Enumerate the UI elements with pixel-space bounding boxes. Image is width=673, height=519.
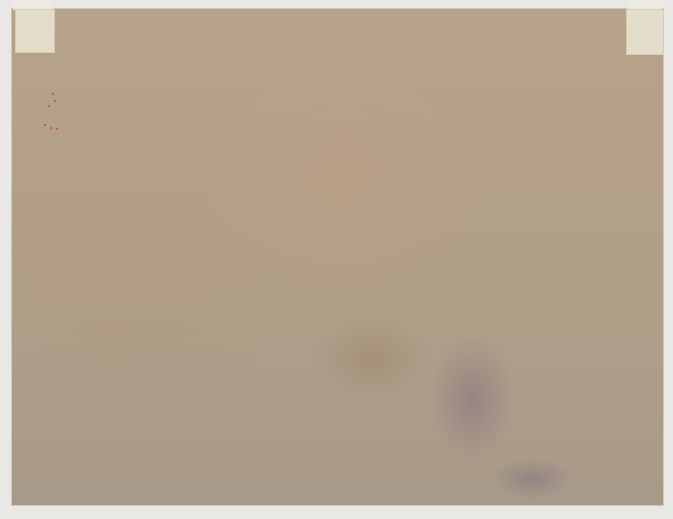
red-speck <box>56 128 58 130</box>
red-speck <box>50 127 52 129</box>
paper-sheet <box>12 9 663 505</box>
red-speck <box>54 100 56 102</box>
red-speck <box>44 124 46 126</box>
red-speck <box>48 105 50 107</box>
tape-top-right <box>626 9 664 55</box>
tape-top-left <box>15 9 55 53</box>
red-speck <box>52 93 54 95</box>
